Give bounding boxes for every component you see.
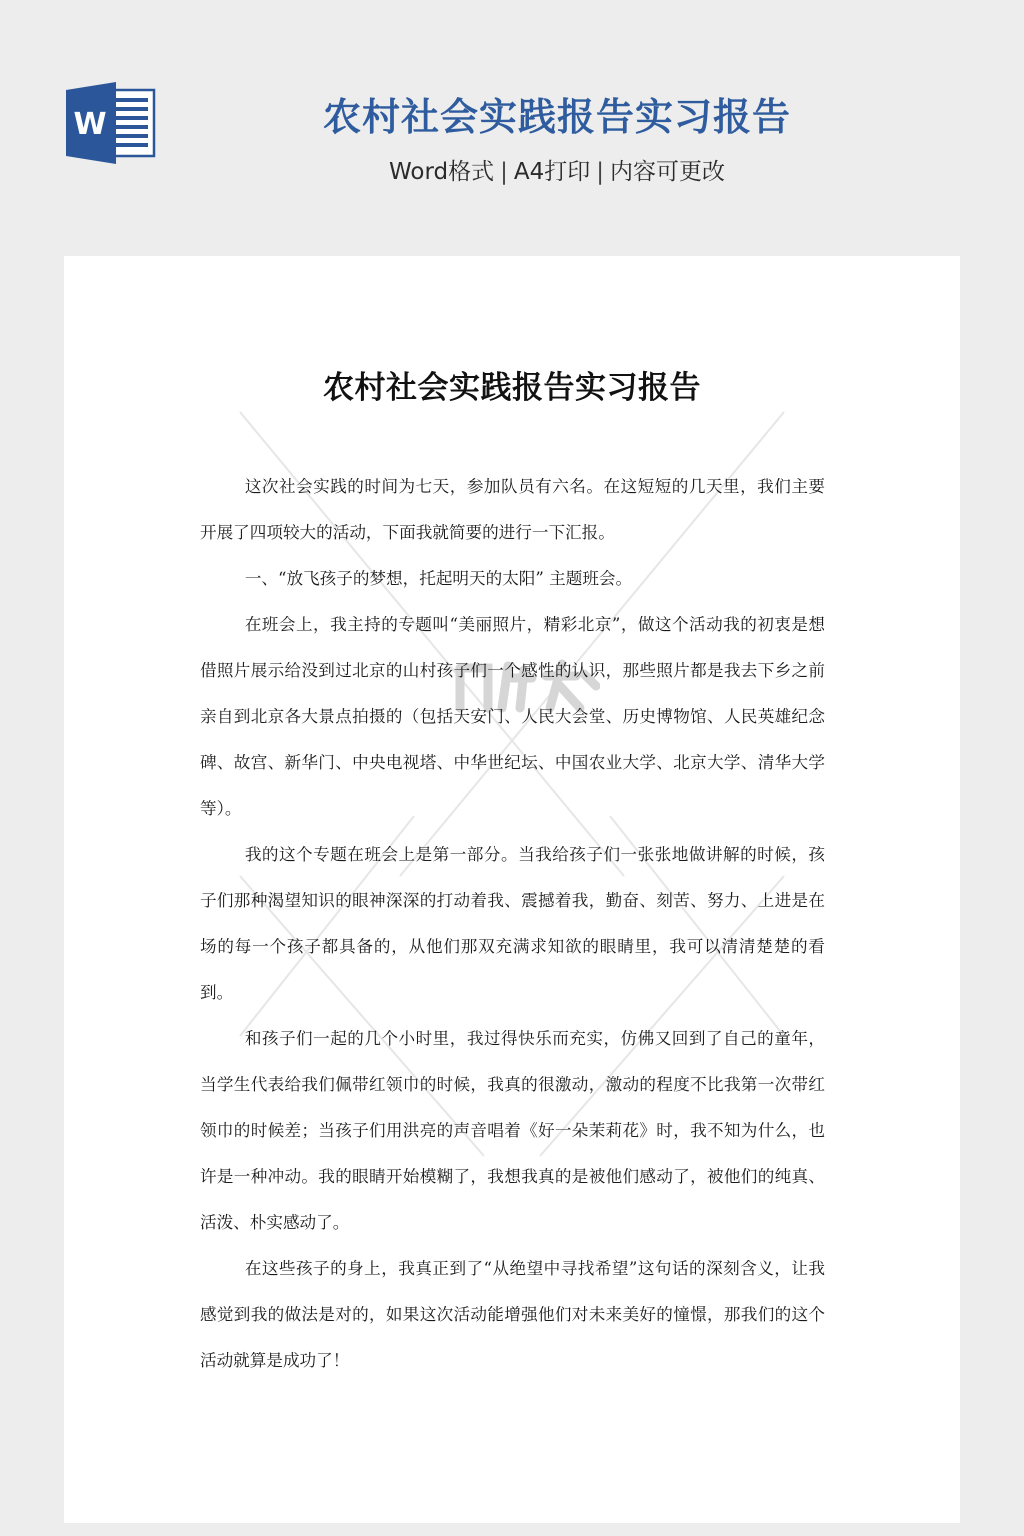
paragraph-with-children: 和孩子们一起的几个小时里，我过得快乐而充实，仿佛又回到了自己的童年，当学生代表给… (200, 1016, 825, 1246)
paragraph-photo-topic: 在班会上，我主持的专题叫“美丽照片，精彩北京”，做这个活动我的初衷是想借照片展示… (200, 602, 825, 832)
svg-text:W: W (73, 107, 106, 142)
subtitle-separator: | (596, 156, 604, 188)
document-page: 农村社会实践报告实习报告 这次社会实践的时间为七天，参加队员有六名。在这短短的几… (64, 256, 960, 1523)
document-body: 这次社会实践的时间为七天，参加队员有六名。在这短短的几天里，我们主要开展了四项较… (200, 464, 825, 1384)
header-title: 农村社会实践报告实习报告 (300, 92, 814, 142)
paragraph-intro: 这次社会实践的时间为七天，参加队员有六名。在这短短的几天里，我们主要开展了四项较… (200, 464, 825, 556)
paragraph-section-heading: 一、“放飞孩子的梦想，托起明天的太阳” 主题班会。 (200, 556, 825, 602)
document-title: 农村社会实践报告实习报告 (64, 366, 960, 410)
subtitle-editable: 内容可更改 (610, 159, 725, 185)
word-document-icon: W (64, 80, 156, 166)
subtitle-print: A4打印 (514, 159, 590, 185)
subtitle-separator: | (500, 156, 508, 188)
subtitle-format: Word格式 (389, 159, 494, 185)
paragraph-first-part: 我的这个专题在班会上是第一部分。当我给孩子们一张张地做讲解的时候，孩子们那种渴望… (200, 832, 825, 1016)
paragraph-conclusion: 在这些孩子的身上，我真正到了“从绝望中寻找希望”这句话的深刻含义，让我感觉到我的… (200, 1246, 825, 1384)
header-subtitle: Word格式|A4打印|内容可更改 (300, 156, 814, 188)
